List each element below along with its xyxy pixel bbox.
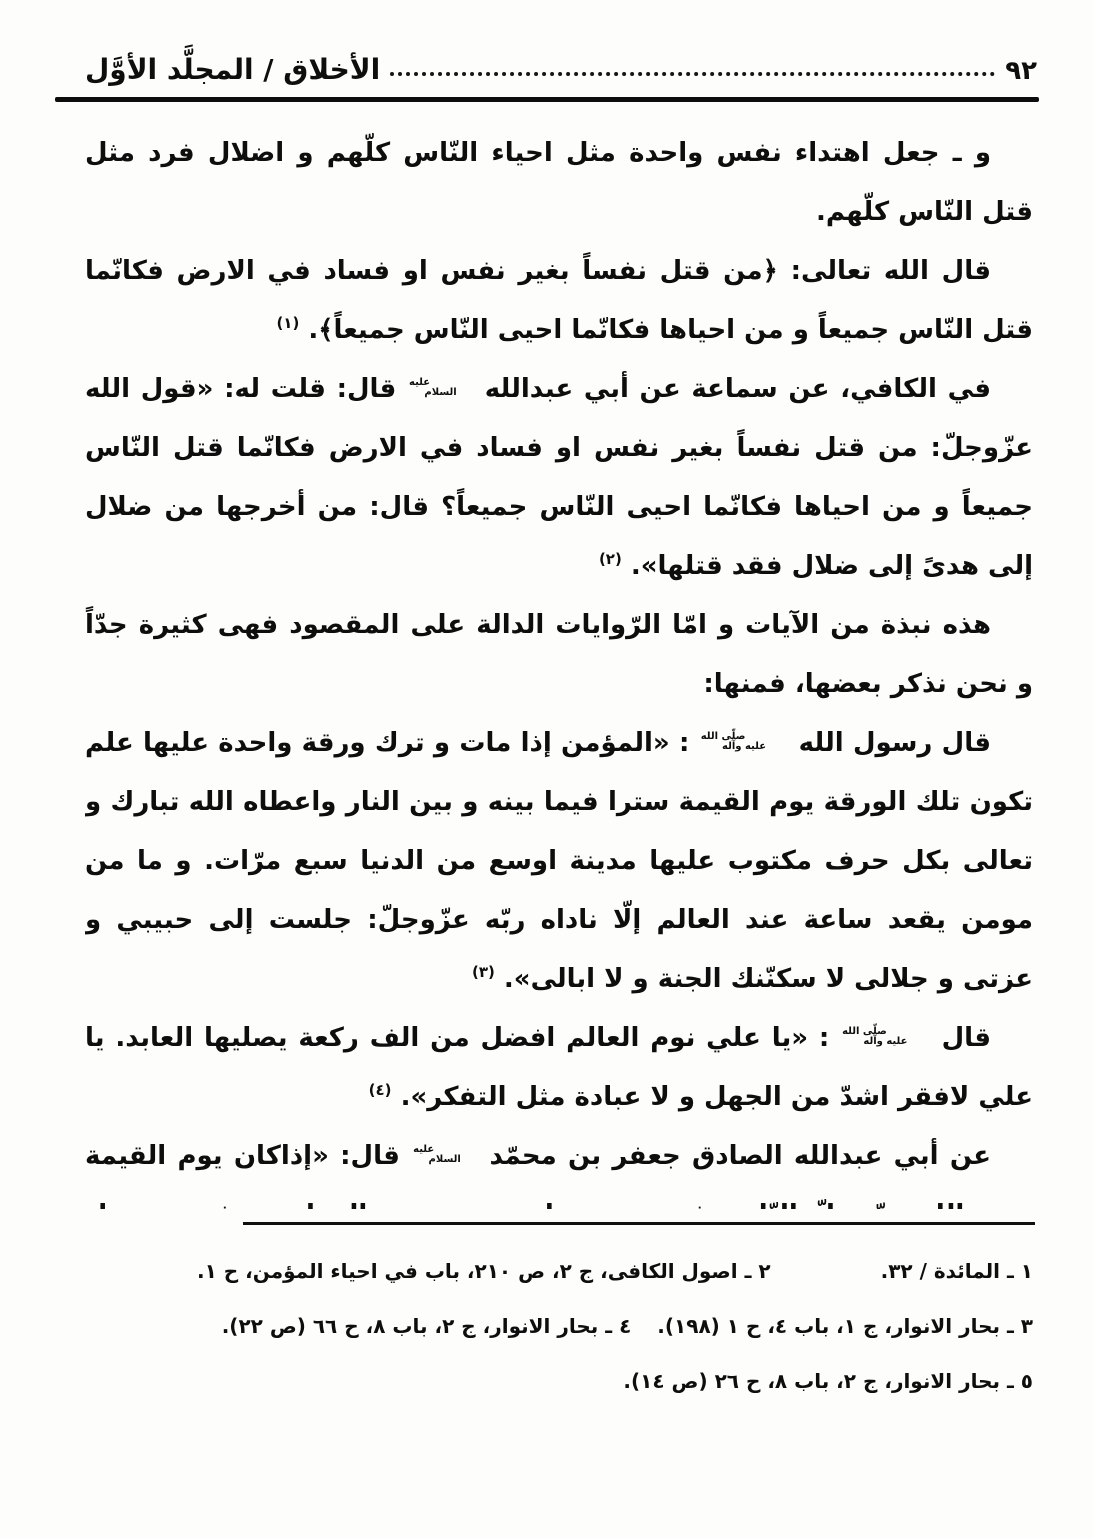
honorific-mark: عليه السلام xyxy=(413,1145,476,1166)
paragraph: قال رسول الله صلّى الله عليه وآله : «الم… xyxy=(85,714,1033,1009)
text-run: قال xyxy=(942,1023,991,1053)
footnote-item: ٣ ـ بحار الانوار، ج ١، باب ٤، ح ١ (١٩٨). xyxy=(657,1299,1033,1354)
honorific-mark: صلّى الله عليه وآله xyxy=(701,732,788,753)
footnote-ref: (٣) xyxy=(472,963,495,981)
text-run: عن أبي عبدالله الصادق جعفر بن محمّد xyxy=(489,1141,991,1171)
dotted-leader xyxy=(390,72,995,76)
paragraph: في الكافي، عن سماعة عن أبي عبدالله عليه … xyxy=(85,360,1033,596)
footnote-ref: (٤) xyxy=(369,1081,392,1099)
footnotes: ١ ـ المائدة / ٣٢.٢ ـ اصول الكافى، ج ٢، ص… xyxy=(85,1244,1033,1409)
paragraph: عن أبي عبدالله الصادق جعفر بن محمّد عليه… xyxy=(85,1127,1033,1209)
text-run: و ـ جعل اهتداء نفس واحدة مثل احياء النّا… xyxy=(85,138,1033,227)
honorific-mark: عليه السلام xyxy=(409,378,472,399)
footnote-ref: (٢) xyxy=(599,550,622,568)
footnote-row: ٥ ـ بحار الانوار، ج ٢، باب ٨، ح ٢٦ (ص ١٤… xyxy=(85,1354,1033,1409)
honorific-mark: صلّى الله عليه وآله xyxy=(842,1027,929,1048)
text-run: هذه نبذة من الآيات و امّا الرّوايات الدا… xyxy=(85,610,1033,699)
paragraph: هذه نبذة من الآيات و امّا الرّوايات الدا… xyxy=(85,596,1033,714)
page-number: ٩٢ xyxy=(1005,58,1037,88)
paragraph: قال صلّى الله عليه وآله : «يا علي نوم ال… xyxy=(85,1009,1033,1127)
text-run: قال الله تعالى: ﴿من قتل نفساً بغير نفس ا… xyxy=(85,256,1033,345)
text-run: قال: قلت له: «قول الله عزّوجلّ: من قتل ن… xyxy=(85,374,1033,581)
footnote-item: ٢ ـ اصول الكافى، ج ٢، ص ٢١٠، باب في احيا… xyxy=(197,1244,771,1299)
footnote-ref: (١) xyxy=(276,314,299,332)
text-run: في الكافي، عن سماعة عن أبي عبدالله xyxy=(485,374,991,404)
footnote-row: ٣ ـ بحار الانوار، ج ١، باب ٤، ح ١ (١٩٨).… xyxy=(85,1299,1033,1354)
page-header: ٩٢ الأخلاق / المجلَّد الأوَّل xyxy=(85,34,1037,88)
footnote-item: ٤ ـ بحار الانوار، ج ٢، باب ٨، ح ٦٦ (ص ٢٢… xyxy=(222,1299,632,1354)
text-run: قال رسول الله xyxy=(799,728,991,758)
body-text: و ـ جعل اهتداء نفس واحدة مثل احياء النّا… xyxy=(85,124,1033,1209)
paragraph: قال الله تعالى: ﴿من قتل نفساً بغير نفس ا… xyxy=(85,242,1033,360)
paragraph: و ـ جعل اهتداء نفس واحدة مثل احياء النّا… xyxy=(85,124,1033,242)
header-rule xyxy=(55,97,1039,102)
header-title: الأخلاق / المجلَّد الأوَّل xyxy=(85,52,380,88)
footnote-row: ١ ـ المائدة / ٣٢.٢ ـ اصول الكافى، ج ٢، ص… xyxy=(85,1244,1033,1299)
text-run: : «المؤمن إذا مات و ترك ورقة واحدة عليها… xyxy=(85,728,1033,994)
footnote-item: ١ ـ المائدة / ٣٢. xyxy=(881,1244,1033,1299)
footnote-separator xyxy=(243,1222,1035,1225)
book-page: ٩٢ الأخلاق / المجلَّد الأوَّل و ـ جعل اه… xyxy=(0,0,1093,1538)
footnote-item: ٥ ـ بحار الانوار، ج ٢، باب ٨، ح ٢٦ (ص ١٤… xyxy=(623,1354,1033,1409)
